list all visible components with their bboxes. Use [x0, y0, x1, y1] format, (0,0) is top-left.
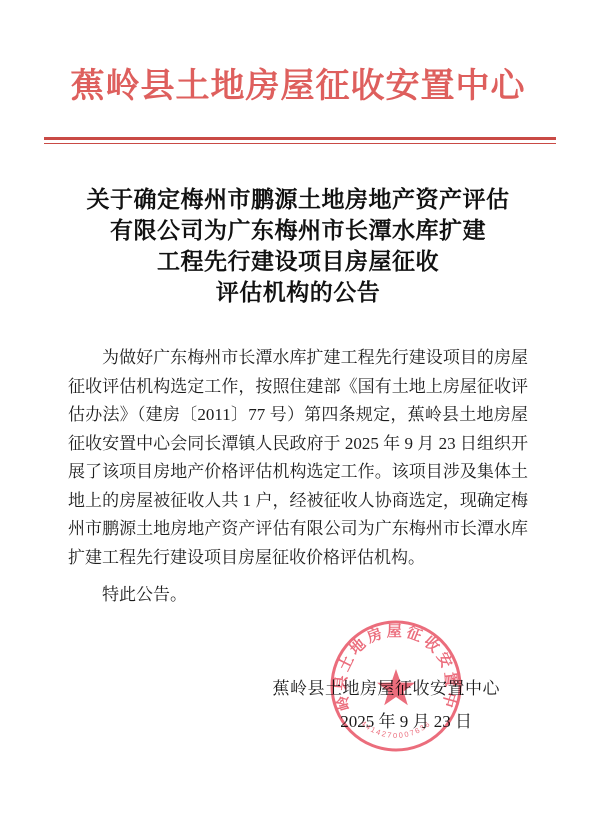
- divider-thin-line: [44, 143, 556, 144]
- notice-title: 关于确定梅州市鹏源土地房地产资产评估 有限公司为广东梅州市长潭水库扩建 工程先行…: [68, 184, 528, 308]
- closing-line: 特此公告。: [68, 581, 528, 610]
- notice-body: 为做好广东梅州市长潭水库扩建工程先行建设项目的房屋征收评估机构选定工作，按照住建…: [68, 344, 528, 610]
- signature-block: 蕉岭县土地房屋征收安置中心 2025 年 9 月 23 日: [68, 674, 528, 737]
- document-page: 蕉岭县土地房屋征收安置中心 关于确定梅州市鹏源土地房地产资产评估 有限公司为广东…: [0, 0, 594, 827]
- signature-org-name: 蕉岭县土地房屋征收安置中心: [68, 674, 500, 704]
- signature-date: 2025 年 9 月 23 日: [68, 707, 500, 737]
- notice-title-line-3: 工程先行建设项目房屋征收: [68, 246, 528, 277]
- body-paragraph: 为做好广东梅州市长潭水库扩建工程先行建设项目的房屋征收评估机构选定工作，按照住建…: [68, 344, 528, 572]
- notice-title-line-4: 评估机构的公告: [68, 277, 528, 308]
- notice-title-line-1: 关于确定梅州市鹏源土地房地产资产评估: [68, 184, 528, 215]
- letterhead-org-name: 蕉岭县土地房屋征收安置中心: [48, 64, 548, 110]
- divider-thick-line: [44, 137, 556, 140]
- notice-title-line-2: 有限公司为广东梅州市长潭水库扩建: [68, 215, 528, 246]
- letterhead-divider: [44, 137, 556, 144]
- document-letterhead: 蕉岭县土地房屋征收安置中心: [68, 64, 528, 110]
